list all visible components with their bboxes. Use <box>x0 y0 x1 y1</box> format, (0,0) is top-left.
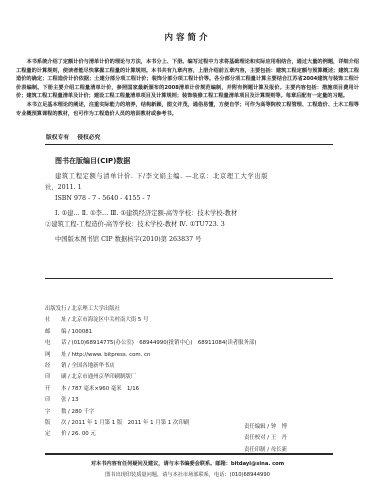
pub-row-wordcount: 字 数/ 280 千字 <box>45 407 335 418</box>
copyright-notice: 版权专有 侵权必究 <box>46 132 100 141</box>
footer-contact: 对本书内容有任何疑问及建议，请与本书编委会联系。邮箱：bitdayi@sina.… <box>0 459 375 481</box>
pub-row-format: 开 本/ 787 毫米×960 毫米 1/16 <box>45 384 335 395</box>
divider <box>45 453 333 455</box>
divider <box>45 278 333 279</box>
cip-isbn: ISBN 978 - 7 - 5640 - 4155 - 7 <box>45 193 335 204</box>
cip-data-block: 建筑工程定额与清单计价. 下/李文娟主编. —北京：北京理工大学出版 社，201… <box>45 171 335 245</box>
intro-paragraph: 本书立足基本理论的阐述，注重实际能力的培养，结构新颖，图文并茂，通俗易懂，方便自… <box>16 101 359 118</box>
pub-row-sheets: 印 张/ 13 <box>45 395 335 406</box>
cip-classification-2: ②建筑工程-工程造价-高等学校：技术学校-教材 Ⅳ. ①TU723. 3 <box>45 219 335 230</box>
pub-row-postcode: 邮 编/ 100081 <box>45 327 335 338</box>
cip-core-number: 中国版本图书馆 CIP 数据核字(2010)第 263837 号 <box>45 234 335 245</box>
intro-paragraph: 本书系统介绍了定额计价与清单计价的理论与方法，本书分上、下册。编写过程中力求将基… <box>16 58 359 101</box>
pub-row-website: 网 址/ http://www. bitpress. com. cn <box>45 350 335 361</box>
pub-row-printer: 印 刷/ 北京市通州京华印刷制版厂 <box>45 372 335 383</box>
divider <box>45 144 333 145</box>
cip-classification-1: Ⅰ. ①建… Ⅱ. ①李… Ⅲ. ①建筑经济定额-高等学校：技术学校-教材 <box>45 208 335 219</box>
pub-row-edition: 版 次/ 2011 年 1 月第 1 版 2011 年 1 月第 1 次印刷 <box>45 418 335 429</box>
footer-feedback-line: 对本书内容有任何疑问及建议，请与本书编委会联系。邮箱：bitdayi@sina.… <box>0 459 375 470</box>
resp-proofreader: 责任校对 / 王 丹 <box>244 433 287 444</box>
pub-row-publisher: 出版发行/ 北京理工大学出版社 <box>45 304 335 315</box>
pub-row-distributor: 经 销/ 全国各地新华书店 <box>45 361 335 372</box>
footer-quality-line: 图书出现印装质量问题，请与本社市场部联系，电话：(010)68944990 <box>0 470 375 481</box>
pub-row-price: 定 价/ 26. 00 元 <box>45 429 335 440</box>
publication-info: 出版发行/ 北京理工大学出版社 社 址/ 北京市海淀区中关村南大街 5 号 邮 … <box>45 304 335 441</box>
resp-editor: 责任编辑 / 钟 博 <box>244 422 287 433</box>
cip-heading: 图书在版编目(CIP)数据 <box>55 156 130 166</box>
cip-title-line: 建筑工程定额与清单计价. 下/李文娟主编. —北京：北京理工大学出版 <box>45 171 335 182</box>
pub-row-address: 社 址/ 北京市海淀区中关村南大街 5 号 <box>45 315 335 326</box>
cip-publisher-line: 社，2011. 1 <box>45 182 335 193</box>
content-intro-title: 内容简介 <box>0 31 375 43</box>
responsibility-info: 责任编辑 / 钟 博 责任校对 / 王 丹 责任印制 / 母长新 <box>244 422 287 456</box>
pub-row-phone: 电 话/ (010)68914775(办公室) 68944990(批销中心) 6… <box>45 338 335 349</box>
content-intro-body: 本书系统介绍了定额计价与清单计价的理论与方法，本书分上、下册。编写过程中力求将基… <box>16 58 359 118</box>
copyright-page: 内容简介 本书系统介绍了定额计价与清单计价的理论与方法，本书分上、下册。编写过程… <box>0 0 375 503</box>
